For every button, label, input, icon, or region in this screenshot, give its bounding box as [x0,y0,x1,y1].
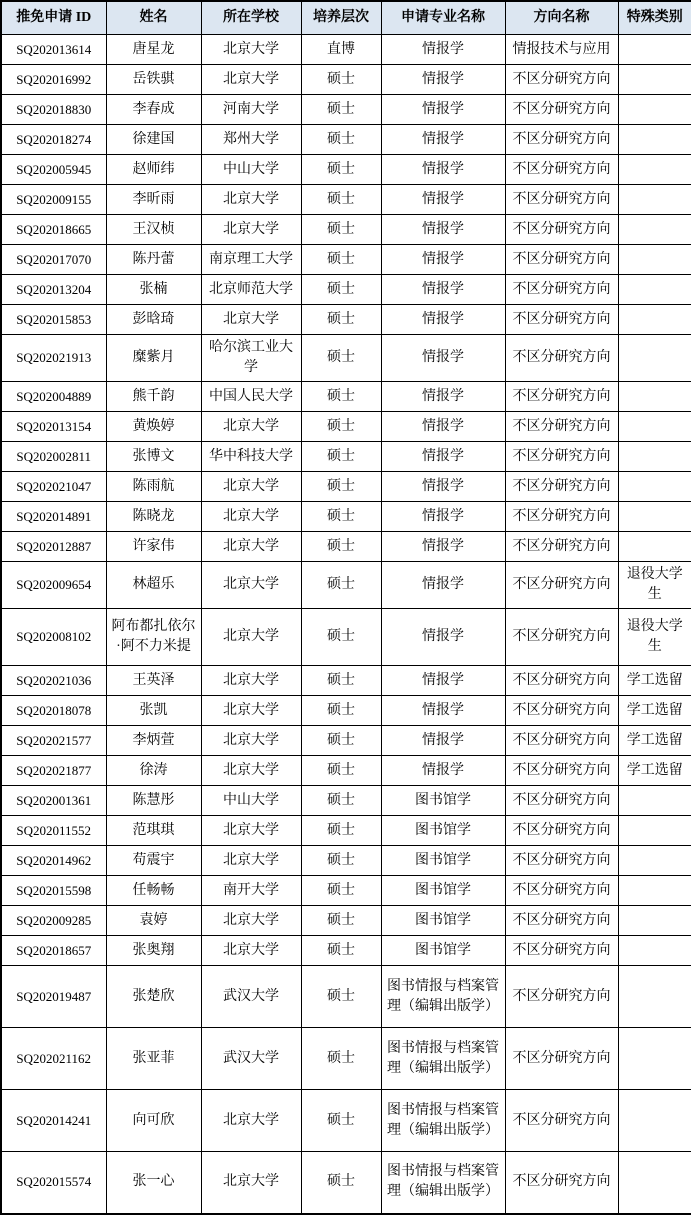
cell-school: 北京大学 [201,305,301,335]
cell-level: 硕士 [301,125,381,155]
cell-special_category [618,125,691,155]
cell-level: 硕士 [301,502,381,532]
cell-school: 南京理工大学 [201,245,301,275]
cell-special_category [618,305,691,335]
cell-school: 北京大学 [201,846,301,876]
cell-direction: 不区分研究方向 [505,1028,618,1090]
cell-direction: 不区分研究方向 [505,472,618,502]
cell-level: 硕士 [301,726,381,756]
cell-special_category [618,245,691,275]
cell-application_id: SQ202009155 [1,185,106,215]
cell-direction: 不区分研究方向 [505,966,618,1028]
cell-direction: 不区分研究方向 [505,305,618,335]
cell-direction: 不区分研究方向 [505,609,618,666]
cell-major: 情报学 [381,215,505,245]
cell-level: 硕士 [301,412,381,442]
cell-special_category [618,185,691,215]
cell-application_id: SQ202014891 [1,502,106,532]
cell-name: 张亚菲 [106,1028,201,1090]
cell-level: 硕士 [301,876,381,906]
cell-major: 情报学 [381,726,505,756]
cell-special_category [618,65,691,95]
cell-level: 硕士 [301,1028,381,1090]
cell-name: 李春成 [106,95,201,125]
cell-special_category [618,275,691,305]
cell-school: 北京大学 [201,65,301,95]
cell-application_id: SQ202018078 [1,696,106,726]
cell-major: 图书情报与档案管理（编辑出版学） [381,1090,505,1152]
table-row: SQ202002811张博文华中科技大学硕士情报学不区分研究方向 [1,442,691,472]
cell-school: 河南大学 [201,95,301,125]
table-row: SQ202008102阿布都扎依尔·阿不力米提北京大学硕士情报学不区分研究方向退… [1,609,691,666]
cell-school: 北京大学 [201,609,301,666]
table-row: SQ202018078张凯北京大学硕士情报学不区分研究方向学工选留 [1,696,691,726]
cell-name: 糜紫月 [106,335,201,382]
cell-school: 北京大学 [201,756,301,786]
cell-major: 图书情报与档案管理（编辑出版学） [381,966,505,1028]
cell-application_id: SQ202018274 [1,125,106,155]
applications-table-container: 推免申请 ID姓名所在学校培养层次申请专业名称方向名称特殊类别 SQ202013… [0,0,691,1215]
cell-special_category [618,532,691,562]
cell-application_id: SQ202018657 [1,936,106,966]
cell-special_category [618,816,691,846]
cell-special_category [618,412,691,442]
cell-direction: 不区分研究方向 [505,442,618,472]
cell-level: 硕士 [301,442,381,472]
column-header-application_id: 推免申请 ID [1,1,106,35]
table-row: SQ202016992岳铁骐北京大学硕士情报学不区分研究方向 [1,65,691,95]
cell-application_id: SQ202001361 [1,786,106,816]
table-row: SQ202015853彭晗琦北京大学硕士情报学不区分研究方向 [1,305,691,335]
cell-level: 硕士 [301,786,381,816]
cell-level: 硕士 [301,562,381,609]
cell-level: 硕士 [301,245,381,275]
cell-direction: 不区分研究方向 [505,125,618,155]
table-row: SQ202014891陈晓龙北京大学硕士情报学不区分研究方向 [1,502,691,532]
cell-school: 武汉大学 [201,966,301,1028]
table-row: SQ202018665王汉桢北京大学硕士情报学不区分研究方向 [1,215,691,245]
table-row: SQ202009654林超乐北京大学硕士情报学不区分研究方向退役大学生 [1,562,691,609]
cell-special_category [618,502,691,532]
cell-major: 情报学 [381,245,505,275]
cell-application_id: SQ202005945 [1,155,106,185]
cell-school: 北京大学 [201,696,301,726]
column-header-direction: 方向名称 [505,1,618,35]
cell-name: 林超乐 [106,562,201,609]
cell-application_id: SQ202018665 [1,215,106,245]
cell-school: 北京大学 [201,666,301,696]
cell-name: 范琪琪 [106,816,201,846]
cell-major: 情报学 [381,472,505,502]
cell-application_id: SQ202014241 [1,1090,106,1152]
table-row: SQ202021877徐涛北京大学硕士情报学不区分研究方向学工选留 [1,756,691,786]
cell-name: 陈晓龙 [106,502,201,532]
cell-direction: 不区分研究方向 [505,532,618,562]
cell-level: 硕士 [301,666,381,696]
cell-name: 徐建国 [106,125,201,155]
cell-application_id: SQ202019487 [1,966,106,1028]
cell-major: 情报学 [381,382,505,412]
cell-direction: 不区分研究方向 [505,65,618,95]
cell-major: 情报学 [381,532,505,562]
table-row: SQ202015598任畅畅南开大学硕士图书馆学不区分研究方向 [1,876,691,906]
cell-level: 硕士 [301,155,381,185]
cell-name: 任畅畅 [106,876,201,906]
table-row: SQ202021047陈雨航北京大学硕士情报学不区分研究方向 [1,472,691,502]
cell-level: 硕士 [301,305,381,335]
cell-application_id: SQ202014962 [1,846,106,876]
cell-application_id: SQ202013204 [1,275,106,305]
cell-major: 情报学 [381,95,505,125]
cell-major: 情报学 [381,502,505,532]
cell-major: 图书情报与档案管理（编辑出版学） [381,1028,505,1090]
cell-special_category: 学工选留 [618,696,691,726]
cell-school: 南开大学 [201,876,301,906]
cell-school: 北京大学 [201,215,301,245]
cell-direction: 不区分研究方向 [505,906,618,936]
cell-direction: 不区分研究方向 [505,876,618,906]
cell-special_category [618,936,691,966]
column-header-level: 培养层次 [301,1,381,35]
cell-name: 张奥翔 [106,936,201,966]
cell-level: 硕士 [301,215,381,245]
cell-school: 北京大学 [201,1090,301,1152]
cell-application_id: SQ202018830 [1,95,106,125]
table-row: SQ202018830李春成河南大学硕士情报学不区分研究方向 [1,95,691,125]
cell-direction: 不区分研究方向 [505,155,618,185]
cell-special_category [618,1152,691,1214]
cell-major: 情报学 [381,609,505,666]
table-row: SQ202014962苟震宇北京大学硕士图书馆学不区分研究方向 [1,846,691,876]
cell-name: 阿布都扎依尔·阿不力米提 [106,609,201,666]
cell-name: 向可欣 [106,1090,201,1152]
cell-name: 熊千韵 [106,382,201,412]
cell-school: 哈尔滨工业大学 [201,335,301,382]
cell-major: 情报学 [381,335,505,382]
cell-special_category [618,876,691,906]
cell-special_category [618,215,691,245]
cell-name: 张楠 [106,275,201,305]
cell-level: 硕士 [301,846,381,876]
table-row: SQ202021162张亚菲武汉大学硕士图书情报与档案管理（编辑出版学）不区分研… [1,1028,691,1090]
cell-application_id: SQ202008102 [1,609,106,666]
cell-name: 许家伟 [106,532,201,562]
cell-direction: 不区分研究方向 [505,275,618,305]
cell-direction: 不区分研究方向 [505,756,618,786]
cell-level: 硕士 [301,756,381,786]
cell-major: 情报学 [381,35,505,65]
cell-application_id: SQ202002811 [1,442,106,472]
table-row: SQ202013614唐星龙北京大学直博情报学情报技术与应用 [1,35,691,65]
cell-school: 华中科技大学 [201,442,301,472]
table-row: SQ202021913糜紫月哈尔滨工业大学硕士情报学不区分研究方向 [1,335,691,382]
cell-level: 硕士 [301,906,381,936]
cell-major: 情报学 [381,275,505,305]
cell-level: 硕士 [301,275,381,305]
cell-application_id: SQ202013154 [1,412,106,442]
cell-major: 图书馆学 [381,816,505,846]
cell-direction: 不区分研究方向 [505,215,618,245]
cell-school: 北京大学 [201,936,301,966]
table-row: SQ202001361陈慧彤中山大学硕士图书馆学不区分研究方向 [1,786,691,816]
cell-application_id: SQ202015853 [1,305,106,335]
cell-name: 张博文 [106,442,201,472]
cell-school: 北京大学 [201,185,301,215]
cell-direction: 情报技术与应用 [505,35,618,65]
cell-name: 苟震宇 [106,846,201,876]
cell-level: 硕士 [301,936,381,966]
cell-level: 硕士 [301,966,381,1028]
table-header-row: 推免申请 ID姓名所在学校培养层次申请专业名称方向名称特殊类别 [1,1,691,35]
cell-special_category [618,472,691,502]
cell-application_id: SQ202021913 [1,335,106,382]
cell-application_id: SQ202009654 [1,562,106,609]
table-row: SQ202014241向可欣北京大学硕士图书情报与档案管理（编辑出版学）不区分研… [1,1090,691,1152]
table-row: SQ202004889熊千韵中国人民大学硕士情报学不区分研究方向 [1,382,691,412]
applications-table-body: SQ202013614唐星龙北京大学直博情报学情报技术与应用SQ20201699… [1,35,691,1214]
cell-level: 硕士 [301,185,381,215]
cell-application_id: SQ202021877 [1,756,106,786]
cell-application_id: SQ202011552 [1,816,106,846]
cell-school: 武汉大学 [201,1028,301,1090]
cell-major: 图书馆学 [381,876,505,906]
cell-special_category [618,966,691,1028]
table-row: SQ202021036王英泽北京大学硕士情报学不区分研究方向学工选留 [1,666,691,696]
cell-major: 情报学 [381,696,505,726]
table-row: SQ202009285袁婷北京大学硕士图书馆学不区分研究方向 [1,906,691,936]
cell-school: 北京大学 [201,726,301,756]
table-row: SQ202012887许家伟北京大学硕士情报学不区分研究方向 [1,532,691,562]
cell-name: 黄焕婷 [106,412,201,442]
cell-name: 陈慧彤 [106,786,201,816]
table-row: SQ202021577李炳萱北京大学硕士情报学不区分研究方向学工选留 [1,726,691,756]
table-row: SQ202005945赵师纬中山大学硕士情报学不区分研究方向 [1,155,691,185]
cell-school: 北京大学 [201,472,301,502]
cell-name: 徐涛 [106,756,201,786]
table-row: SQ202018657张奥翔北京大学硕士图书馆学不区分研究方向 [1,936,691,966]
cell-direction: 不区分研究方向 [505,412,618,442]
cell-direction: 不区分研究方向 [505,1152,618,1214]
cell-school: 北京大学 [201,906,301,936]
cell-direction: 不区分研究方向 [505,382,618,412]
cell-level: 硕士 [301,335,381,382]
cell-direction: 不区分研究方向 [505,726,618,756]
cell-level: 硕士 [301,696,381,726]
cell-special_category [618,155,691,185]
cell-name: 张楚欣 [106,966,201,1028]
table-row: SQ202009155李昕雨北京大学硕士情报学不区分研究方向 [1,185,691,215]
cell-name: 赵师纬 [106,155,201,185]
table-row: SQ202013154黄焕婷北京大学硕士情报学不区分研究方向 [1,412,691,442]
cell-major: 图书馆学 [381,786,505,816]
cell-application_id: SQ202021036 [1,666,106,696]
cell-major: 情报学 [381,305,505,335]
cell-direction: 不区分研究方向 [505,502,618,532]
cell-major: 情报学 [381,125,505,155]
cell-name: 王英泽 [106,666,201,696]
cell-school: 中山大学 [201,786,301,816]
cell-application_id: SQ202016992 [1,65,106,95]
cell-special_category [618,1028,691,1090]
table-row: SQ202018274徐建国郑州大学硕士情报学不区分研究方向 [1,125,691,155]
cell-major: 图书馆学 [381,846,505,876]
cell-special_category: 退役大学生 [618,562,691,609]
cell-direction: 不区分研究方向 [505,245,618,275]
cell-school: 北京大学 [201,502,301,532]
cell-name: 陈雨航 [106,472,201,502]
cell-special_category: 学工选留 [618,726,691,756]
cell-major: 图书情报与档案管理（编辑出版学） [381,1152,505,1214]
cell-application_id: SQ202021162 [1,1028,106,1090]
cell-special_category [618,786,691,816]
cell-special_category [618,906,691,936]
column-header-name: 姓名 [106,1,201,35]
cell-level: 直博 [301,35,381,65]
table-row: SQ202011552范琪琪北京大学硕士图书馆学不区分研究方向 [1,816,691,846]
table-row: SQ202015574张一心北京大学硕士图书情报与档案管理（编辑出版学）不区分研… [1,1152,691,1214]
cell-direction: 不区分研究方向 [505,786,618,816]
cell-school: 北京大学 [201,816,301,846]
cell-major: 情报学 [381,65,505,95]
cell-direction: 不区分研究方向 [505,185,618,215]
cell-name: 岳铁骐 [106,65,201,95]
cell-name: 张凯 [106,696,201,726]
cell-level: 硕士 [301,1090,381,1152]
cell-major: 情报学 [381,562,505,609]
column-header-major: 申请专业名称 [381,1,505,35]
cell-name: 李炳萱 [106,726,201,756]
cell-application_id: SQ202017070 [1,245,106,275]
cell-major: 图书馆学 [381,906,505,936]
cell-name: 唐星龙 [106,35,201,65]
cell-school: 北京师范大学 [201,275,301,305]
cell-application_id: SQ202015598 [1,876,106,906]
cell-level: 硕士 [301,65,381,95]
cell-level: 硕士 [301,472,381,502]
cell-school: 中山大学 [201,155,301,185]
cell-school: 北京大学 [201,562,301,609]
cell-major: 情报学 [381,442,505,472]
cell-level: 硕士 [301,532,381,562]
cell-special_category [618,442,691,472]
cell-application_id: SQ202013614 [1,35,106,65]
table-row: SQ202013204张楠北京师范大学硕士情报学不区分研究方向 [1,275,691,305]
table-row: SQ202017070陈丹蕾南京理工大学硕士情报学不区分研究方向 [1,245,691,275]
cell-major: 情报学 [381,185,505,215]
cell-major: 情报学 [381,412,505,442]
cell-school: 北京大学 [201,412,301,442]
cell-special_category: 学工选留 [618,756,691,786]
cell-special_category [618,846,691,876]
cell-application_id: SQ202015574 [1,1152,106,1214]
cell-major: 情报学 [381,666,505,696]
cell-direction: 不区分研究方向 [505,846,618,876]
cell-direction: 不区分研究方向 [505,666,618,696]
cell-name: 张一心 [106,1152,201,1214]
cell-level: 硕士 [301,1152,381,1214]
cell-direction: 不区分研究方向 [505,95,618,125]
cell-major: 图书馆学 [381,936,505,966]
cell-special_category [618,95,691,125]
cell-name: 袁婷 [106,906,201,936]
column-header-school: 所在学校 [201,1,301,35]
cell-school: 北京大学 [201,1152,301,1214]
cell-direction: 不区分研究方向 [505,335,618,382]
cell-level: 硕士 [301,816,381,846]
cell-name: 彭晗琦 [106,305,201,335]
cell-special_category [618,35,691,65]
cell-direction: 不区分研究方向 [505,936,618,966]
cell-school: 北京大学 [201,35,301,65]
cell-special_category: 退役大学生 [618,609,691,666]
cell-direction: 不区分研究方向 [505,1090,618,1152]
cell-special_category [618,335,691,382]
cell-name: 陈丹蕾 [106,245,201,275]
cell-special_category [618,382,691,412]
table-row: SQ202019487张楚欣武汉大学硕士图书情报与档案管理（编辑出版学）不区分研… [1,966,691,1028]
cell-name: 李昕雨 [106,185,201,215]
cell-school: 郑州大学 [201,125,301,155]
applications-table: 推免申请 ID姓名所在学校培养层次申请专业名称方向名称特殊类别 SQ202013… [0,0,691,1215]
cell-school: 中国人民大学 [201,382,301,412]
cell-name: 王汉桢 [106,215,201,245]
cell-major: 情报学 [381,155,505,185]
cell-direction: 不区分研究方向 [505,562,618,609]
cell-application_id: SQ202021047 [1,472,106,502]
cell-application_id: SQ202004889 [1,382,106,412]
cell-direction: 不区分研究方向 [505,816,618,846]
cell-direction: 不区分研究方向 [505,696,618,726]
cell-special_category [618,1090,691,1152]
cell-school: 北京大学 [201,532,301,562]
cell-application_id: SQ202021577 [1,726,106,756]
cell-level: 硕士 [301,609,381,666]
cell-major: 情报学 [381,756,505,786]
cell-level: 硕士 [301,382,381,412]
column-header-special_category: 特殊类别 [618,1,691,35]
cell-application_id: SQ202012887 [1,532,106,562]
cell-special_category: 学工选留 [618,666,691,696]
cell-level: 硕士 [301,95,381,125]
cell-application_id: SQ202009285 [1,906,106,936]
